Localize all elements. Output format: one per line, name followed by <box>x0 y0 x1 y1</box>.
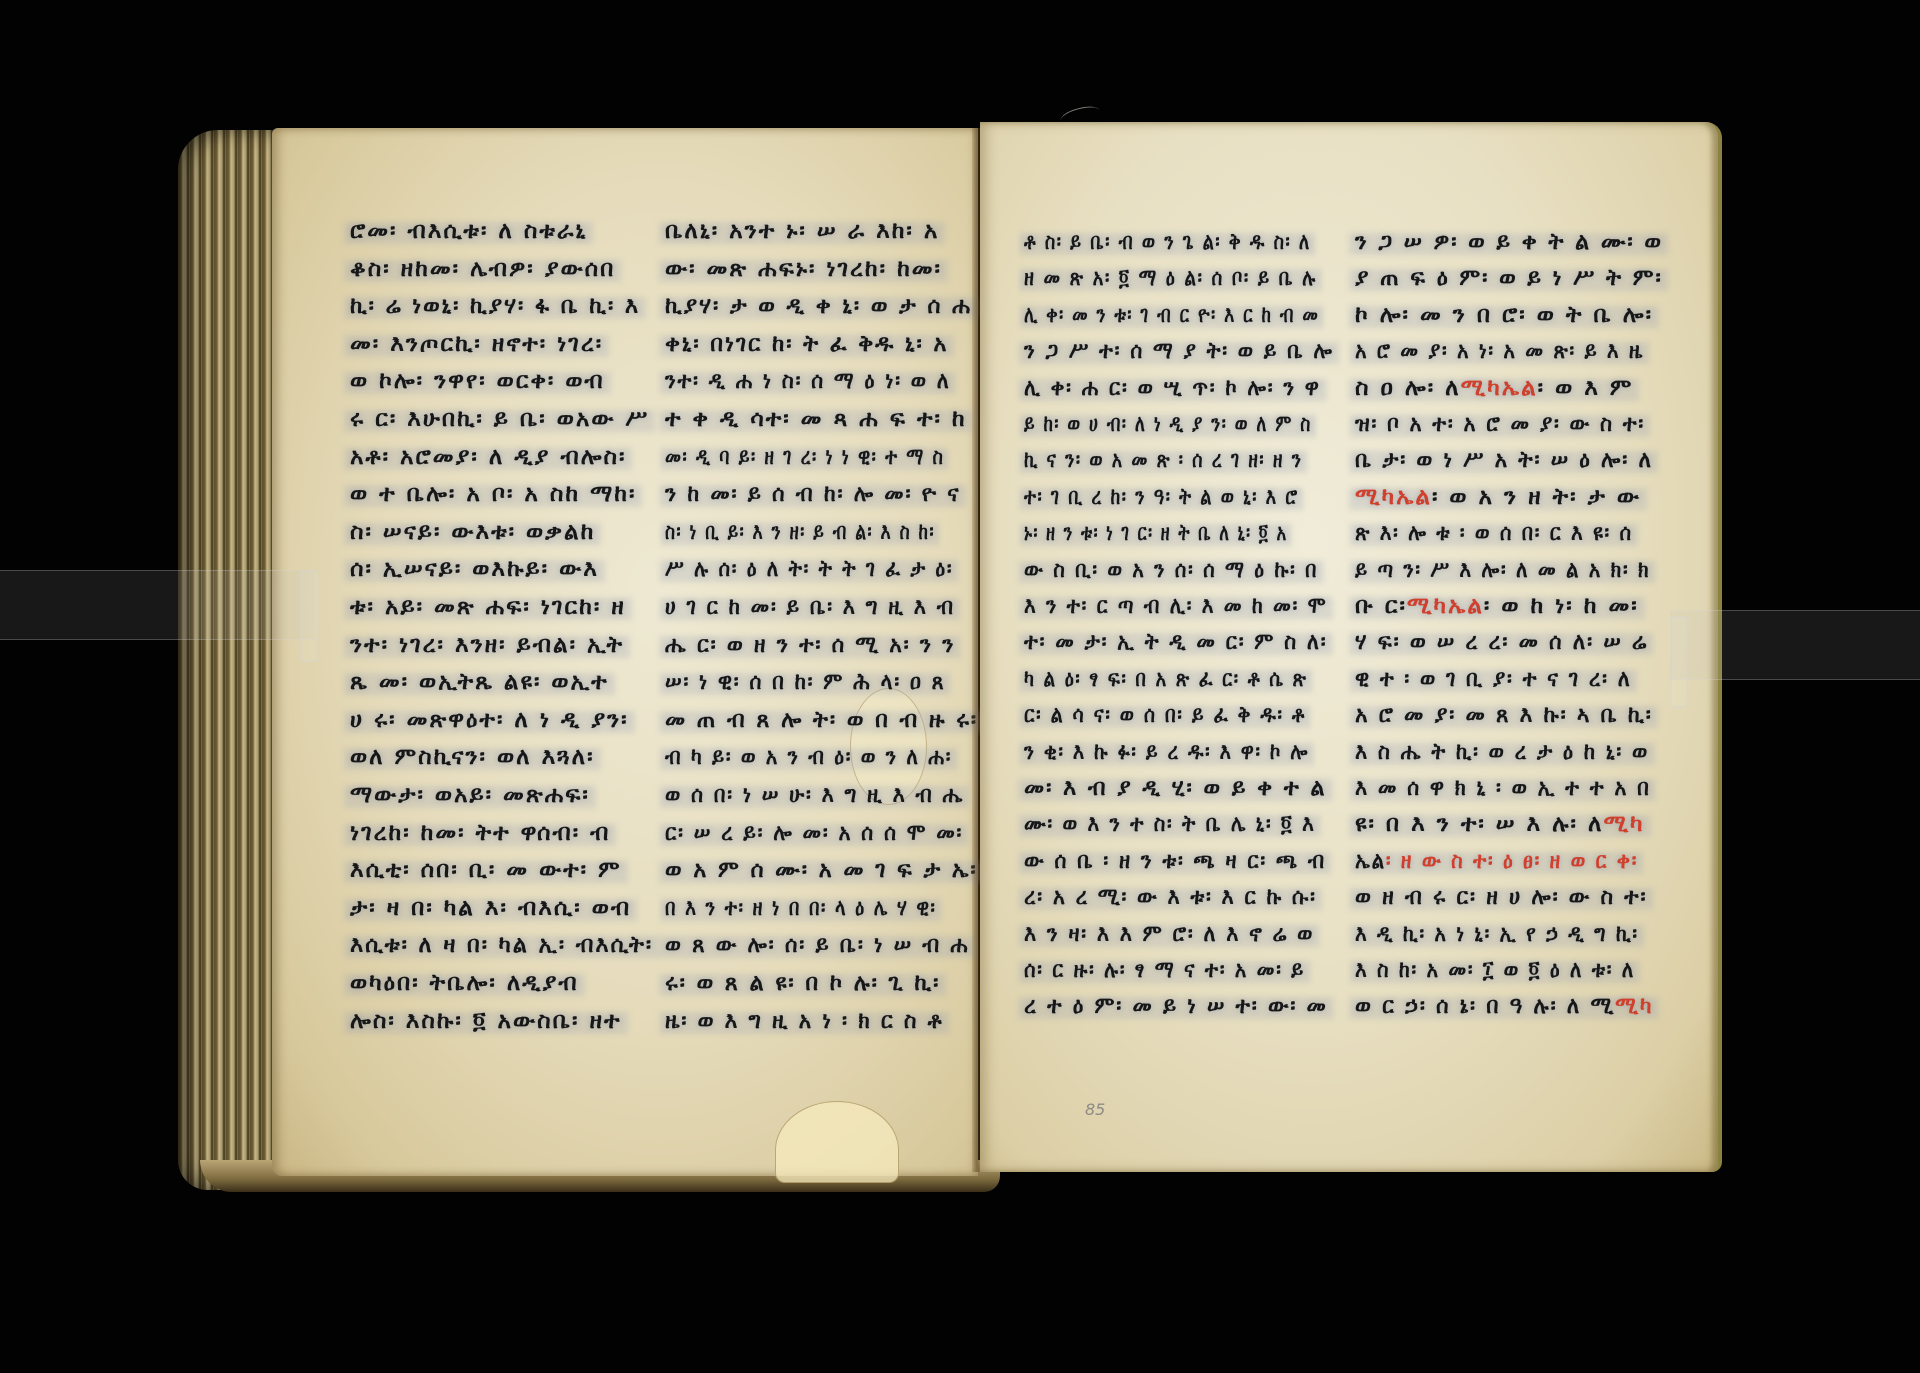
manuscript-line: ው ሰ ቤ ፡ ዘ ን ቱ፡ ጫ ዛ ር፡ ጫ ብ <box>1024 846 1326 876</box>
manuscript-line: ቤለኒ፡ አንተ ኑ፡ ሠ ራ እከ፡ አ <box>665 216 939 246</box>
text-segment: ካ ል ዕ፡ ፃ ፍ፡ በ አ ጽ ፈ ር፡ ቶ ሴ ጽ <box>1024 666 1307 692</box>
text-segment: ር፡ ል ሳ ና፡ ወ ሰ በ፡ ይ ፈ ቅ ዱ፡ ቶ <box>1024 702 1306 728</box>
manuscript-line: አ ሮ መ ያ፡ አ ነ፡ አ መ ጽ፡ ይ እ ዜ <box>1355 336 1644 366</box>
text-segment: በ እ ን ተ፡ ዘ ነ በ በ፡ ላ ዕ ሌ ሃ ዊ፡ <box>665 895 936 921</box>
manuscript-line: ነገረከ፡ ከመ፡ ትተ ዋሰብ፡ ብ <box>350 818 610 848</box>
manuscript-line: ኑ፡ ዘ ን ቱ፡ ነ ገ ር፡ ዘ ት ቤ ለ ኒ፡ ፬ አ <box>1024 518 1288 548</box>
manuscript-line: ር፡ ል ሳ ና፡ ወ ሰ በ፡ ይ ፈ ቅ ዱ፡ ቶ <box>1024 700 1306 730</box>
text-segment: ዊ ተ ፡ ወ ገ ቢ ያ፡ ተ ና ገ ረ፡ ለ <box>1355 666 1632 692</box>
manuscript-line: ንተ፡ ነገረ፡ እንዘ፡ ይብል፡ ኢት <box>350 630 624 660</box>
text-segment: መ፡ ዲ ባ ይ፡ ዘ ገ ረ፡ ነ ነ ዊ፡ ተ ማ ስ <box>665 444 944 470</box>
manuscript-line: ሀ ገ ር ከ መ፡ ይ ቤ፡ እ ግ ዚ እ ብ <box>665 592 955 622</box>
text-segment: ሩ ር፡ እሁበኪ፡ ይ ቤ፡ ወአው ሥ <box>350 406 649 432</box>
manuscript-line: ተ ቀ ዲ ሳተ፡ መ ጻ ሐ ፍ ተ፡ ከ <box>665 404 967 434</box>
text-segment: ተ፡ መ ታ፡ ኢ ት ዲ መ ር፡ ም ስ ለ፡ <box>1024 629 1327 655</box>
text-segment: ሀ ሩ፡ መጽዋዕተ፡ ለ ነ ዲ ያን፡ <box>350 707 629 733</box>
text-segment: ፡ ወ ከ ነ፡ ከ መ፡ <box>1484 593 1639 619</box>
text-segment: ይ ጣ ን፡ ሥ እ ሎ፡ ለ መ ል አ ክ፡ ክ <box>1355 557 1650 583</box>
text-segment: ቤ ታ፡ ወ ነ ሥ አ ት፡ ሠ ዕ ሎ፡ ለ <box>1355 447 1653 473</box>
strap-tab-right <box>1670 616 1688 708</box>
text-segment: ዩ፡ በ እ ን ተ፡ ሠ እ ሉ፡ ለ <box>1355 811 1603 837</box>
manuscript-line: እሲቲ፡ ሰበ፡ ቢ፡ መ ውተ፡ ም <box>350 855 622 885</box>
text-segment: ረ ተ ዕ ም፡ መ ይ ነ ሠ ተ፡ ው፡ መ <box>1024 993 1328 1019</box>
text-segment: ን ከ መ፡ ይ ሰ ብ ከ፡ ሎ መ፡ ዮ ና <box>665 481 961 507</box>
manuscript-line: ዘ መ ጽ አ፡ ፬ ማ ዕ ል፡ ሰ ቦ፡ ይ ቤ ሉ <box>1024 263 1317 293</box>
manuscript-line: ሃ ፍ፡ ወ ሠ ረ ረ፡ መ ሰ ለ፡ ሠ ሬ <box>1355 627 1648 657</box>
manuscript-line: ወ አ ም ሰ ሙ፡ አ መ ገ ፍ ታ ኤ፡ <box>665 855 978 885</box>
text-segment: ወ ሰ በ፡ ነ ሠ ሁ፡ እ ግ ዚ እ ብ ሔ <box>665 782 964 808</box>
text-segment: አ ሮ መ ያ፡ መ ጸ እ ኩ፡ ኣ ቤ ኪ፡ <box>1355 702 1653 728</box>
text-segment: ወ ኮሎ፡ ንዋየ፡ ወርቀ፡ ወብ <box>350 368 605 394</box>
manuscript-line: ረ ተ ዕ ም፡ መ ይ ነ ሠ ተ፡ ው፡ መ <box>1024 991 1328 1021</box>
text-segment: ጽ እ፡ ሎ ቱ ፡ ወ ሰ በ፡ ር እ ዩ፡ ሰ <box>1355 520 1633 546</box>
left-page: ሮመ፡ ብእሲቱ፡ ለ ስቱራኒቆስ፡ ዘከመ፡ ሌብዎ፡ ያውሰበኪ፡ ሬ ነ… <box>272 128 978 1176</box>
manuscript-line: በ እ ን ተ፡ ዘ ነ በ በ፡ ላ ዕ ሌ ሃ ዊ፡ <box>665 893 936 923</box>
text-segment: ኪ፡ ሬ ነወኒ፡ ኪያሃ፡ ፋ ቤ ኪ፡ እ <box>350 293 640 319</box>
manuscript-line: ስ ዐ ሎ፡ ለሚካኤል፡ ወ እ ም <box>1355 373 1633 403</box>
rubric-text: ሚካ <box>1615 993 1653 1019</box>
text-segment: ስ፡ ነ ቢ ይ፡ እ ን ዘ፡ ይ ብ ል፡ እ ስ ከ፡ <box>665 519 935 545</box>
manuscript-line: ይ ጣ ን፡ ሥ እ ሎ፡ ለ መ ል አ ክ፡ ክ <box>1355 555 1650 585</box>
text-segment: ነገረከ፡ ከመ፡ ትተ ዋሰብ፡ ብ <box>350 820 610 846</box>
text-segment: ዝ፡ ቦ አ ተ፡ አ ሮ መ ያ፡ ው ስ ተ፡ <box>1355 411 1645 437</box>
manuscript-line: እ ስ ከ፡ አ መ፡ ፲ ወ ፬ ዕ ለ ቱ፡ ለ <box>1355 955 1635 985</box>
manuscript-line: ቱ፡ አይ፡ መጽ ሐፍ፡ ነገርከ፡ ዘ <box>350 592 626 622</box>
manuscript-line: ሮመ፡ ብእሲቱ፡ ለ ስቱራኒ <box>350 216 587 246</box>
clear-strap-left <box>0 570 315 640</box>
text-segment: ሊ ቀ፡ መ ን ቱ፡ ገ ብ ር ዮ፡ እ ር ከ ብ መ <box>1024 302 1319 328</box>
text-segment: ን ጋ ሥ ተ፡ ሰ ማ ያ ት፡ ወ ይ ቤ ሎ <box>1024 338 1334 364</box>
manuscript-line: ሩ ር፡ እሁበኪ፡ ይ ቤ፡ ወአው ሥ <box>350 404 649 434</box>
text-segment: ንተ፡ ዲ ሐ ነ ስ፡ ሰ ማ ዕ ነ፡ ወ ለ <box>665 368 951 394</box>
manuscript-line: ጼ መ፡ ወኢትጼ ልዩ፡ ወኢተ <box>350 667 609 697</box>
text-segment: እ ስ ሔ ት ኪ፡ ወ ረ ታ ዕ ከ ኒ፡ ወ <box>1355 739 1649 765</box>
text-segment: ታ፡ ዛ በ፡ ካል እ፡ ብእሲ፡ ወብ <box>350 895 631 921</box>
manuscript-line: ተ፡ መ ታ፡ ኢ ት ዲ መ ር፡ ም ስ ለ፡ <box>1024 627 1327 657</box>
manuscript-line: ኪ ና ን፡ ወ አ መ ጽ ፡ ሰ ረ ገ ዘ፡ ዘ ን <box>1024 445 1303 475</box>
manuscript-line: አቶ፡ አሮመያ፡ ለ ዲያ ብሎስ፡ <box>350 442 626 472</box>
manuscript-line: ካ ል ዕ፡ ፃ ፍ፡ በ አ ጽ ፈ ር፡ ቶ ሴ ጽ <box>1024 664 1307 694</box>
manuscript-line: ወ ሰ በ፡ ነ ሠ ሁ፡ እ ግ ዚ እ ብ ሔ <box>665 780 964 810</box>
manuscript-line: ሎስ፡ እስኩ፡ ፬ አውስቤ፡ ዘተ <box>350 1006 622 1036</box>
clear-strap-right <box>1670 610 1920 680</box>
text-segment: ው ስ ቢ፡ ወ አ ን ሰ፡ ሰ ማ ዕ ኩ፡ በ <box>1024 557 1318 583</box>
text-segment: ረ፡ አ ረ ሚ፡ ው እ ቱ፡ እ ር ኩ ሱ፡ <box>1024 884 1317 910</box>
text-segment: ስ ዐ ሎ፡ ለ <box>1355 375 1461 401</box>
manuscript-line: ስ፡ ነ ቢ ይ፡ እ ን ዘ፡ ይ ብ ል፡ እ ስ ከ፡ <box>665 517 935 547</box>
manuscript-line: ር፡ ሠ ረ ይ፡ ሎ መ፡ አ ሰ ሰ ሞ መ፡ <box>665 818 963 848</box>
text-segment: መ ጠ ብ ጸ ሎ ት፡ ወ በ ብ ዙ ሩ፡ <box>665 707 978 733</box>
text-segment: ሰ፡ ር ዙ፡ ሉ፡ ፃ ማ ና ተ፡ አ መ፡ ይ <box>1024 957 1305 983</box>
manuscript-line: ብ ካ ይ፡ ወ አ ን ብ ዕ፡ ወ ን ለ ሐ፡ <box>665 742 952 772</box>
text-segment: እሲቱ፡ ለ ዛ በ፡ ካል ኢ፡ ብእሲት፡ <box>350 932 653 958</box>
manuscript-line: እ ን ተ፡ ር ጣ ብ ሊ፡ እ መ ከ መ፡ ሞ <box>1024 591 1327 621</box>
text-segment: ዜ፡ ወ እ ግ ዚ አ ነ ፡ ክ ር ስ ቶ <box>665 1008 944 1034</box>
text-segment: ወ ጸ ው ሎ፡ ሰ፡ ይ ቤ፡ ነ ሠ ብ ሐ <box>665 932 969 958</box>
manuscript-line: እ ን ዛ፡ እ እ ም ሮ፡ ለ እ ኖ ሬ ወ <box>1024 919 1314 949</box>
manuscript-line: ሚካኤል፡ ወ አ ን ዘ ት፡ ታ ው <box>1355 482 1641 512</box>
text-segment: አ ሮ መ ያ፡ አ ነ፡ አ መ ጽ፡ ይ እ ዜ <box>1355 338 1644 364</box>
manuscript-line: ሥ ሉ ሰ፡ ዕ ለ ት፡ ት ት ገ ፈ ታ ዕ፡ <box>665 554 953 584</box>
text-segment: እ ን ተ፡ ር ጣ ብ ሊ፡ እ መ ከ መ፡ ሞ <box>1024 593 1327 619</box>
manuscript-line: ሰ፡ ኢሠናይ፡ ወእኩይ፡ ውእ <box>350 554 599 584</box>
manuscript-line: ኪያሃ፡ ታ ወ ዲ ቀ ኒ፡ ወ ታ ሰ ሐ <box>665 291 972 321</box>
manuscript-line: ሠ፡ ነ ዊ፡ ሰ በ ከ፡ ም ሕ ላ፡ ዐ ጸ <box>665 667 945 697</box>
text-segment: ወ ተ ቤሎ፡ አ ቦ፡ አ ስከ ማከ፡ <box>350 481 636 507</box>
text-segment: ፡ ወ አ ን ዘ ት፡ ታ ው <box>1432 484 1641 510</box>
manuscript-line: ው፡ መጽ ሐፍኑ፡ ነገረከ፡ ከመ፡ <box>665 254 942 284</box>
manuscript-line: ረ፡ አ ረ ሚ፡ ው እ ቱ፡ እ ር ኩ ሱ፡ <box>1024 882 1317 912</box>
manuscript-line: እሲቱ፡ ለ ዛ በ፡ ካል ኢ፡ ብእሲት፡ <box>350 930 653 960</box>
manuscript-line: ቆስ፡ ዘከመ፡ ሌብዎ፡ ያውሰበ <box>350 254 615 284</box>
manuscript-line: ኤል፡ ዘ ው ስ ተ፡ ዕ ፀ፡ ዘ ወ ር ቀ፡ <box>1355 846 1638 876</box>
text-segment: ይ ከ፡ ወ ሀ ብ፡ ለ ነ ዲ ያ ን፡ ወ ለ ም ስ <box>1024 411 1312 437</box>
text-segment: ቆስ፡ ዘከመ፡ ሌብዎ፡ ያውሰበ <box>350 256 615 282</box>
text-segment: ሥ ሉ ሰ፡ ዕ ለ ት፡ ት ት ገ ፈ ታ ዕ፡ <box>665 556 953 582</box>
text-segment: ቤለኒ፡ አንተ ኑ፡ ሠ ራ እከ፡ አ <box>665 218 939 244</box>
manuscript-line: ይ ከ፡ ወ ሀ ብ፡ ለ ነ ዲ ያ ን፡ ወ ለ ም ስ <box>1024 409 1312 439</box>
manuscript-line: ወ ር ኃ፡ ሰ ኔ፡ በ ዓ ሉ፡ ለ ሚሚካ <box>1355 991 1653 1021</box>
right-page: ቶ ስ፡ ይ ቤ፡ ብ ወ ን ጌ ል፡ ቅ ዱ ስ፡ ለዘ መ ጽ አ፡ ፬ … <box>980 122 1722 1172</box>
manuscript-line: ሊ ቀ፡ መ ን ቱ፡ ገ ብ ር ዮ፡ እ ር ከ ብ መ <box>1024 300 1319 330</box>
manuscript-line: ን ጋ ሠ ዎ፡ ወ ይ ቀ ት ል ሙ፡ ወ <box>1355 227 1663 257</box>
manuscript-line: እ ስ ሔ ት ኪ፡ ወ ረ ታ ዕ ከ ኒ፡ ወ <box>1355 737 1649 767</box>
text-segment: ሮመ፡ ብእሲቱ፡ ለ ስቱራኒ <box>350 218 587 244</box>
text-segment: ወ አ ም ሰ ሙ፡ አ መ ገ ፍ ታ ኤ፡ <box>665 857 978 883</box>
manuscript-line: ተ፡ ገ ቢ ረ ከ፡ ን ዓ፡ ት ል ወ ኒ፡ እ ሮ <box>1024 482 1299 512</box>
text-segment: ሰ፡ ኢሠናይ፡ ወእኩይ፡ ውእ <box>350 556 599 582</box>
text-segment: ወ ዘ ብ ሩ ር፡ ዘ ሀ ሎ፡ ው ስ ተ፡ <box>1355 884 1647 910</box>
manuscript-line: ወ ኮሎ፡ ንዋየ፡ ወርቀ፡ ወብ <box>350 366 605 396</box>
manuscript-line: አ ሮ መ ያ፡ መ ጸ እ ኩ፡ ኣ ቤ ኪ፡ <box>1355 700 1653 730</box>
rubric-text: ሚካኤል <box>1407 593 1484 619</box>
text-segment: ያ ጠ ፍ ዕ ም፡ ወ ይ ነ ሥ ት ም፡ <box>1355 265 1663 291</box>
manuscript-line: ያ ጠ ፍ ዕ ም፡ ወ ይ ነ ሥ ት ም፡ <box>1355 263 1663 293</box>
manuscript-line: ሀ ሩ፡ መጽዋዕተ፡ ለ ነ ዲ ያን፡ <box>350 705 629 735</box>
manuscript-line: መ፡ እ ብ ያ ዲ ሂ፡ ወ ይ ቀ ተ ል <box>1024 773 1326 803</box>
text-segment: ው፡ መጽ ሐፍኑ፡ ነገረከ፡ ከመ፡ <box>665 256 942 282</box>
text-segment: ሀ ገ ር ከ መ፡ ይ ቤ፡ እ ግ ዚ እ ብ <box>665 594 955 620</box>
manuscript-line: ወ ጸ ው ሎ፡ ሰ፡ ይ ቤ፡ ነ ሠ ብ ሐ <box>665 930 969 960</box>
manuscript-line: ማውታ፡ ወአይ፡ መጽሐፍ፡ <box>350 780 590 810</box>
text-segment: ወ ር ኃ፡ ሰ ኔ፡ በ ዓ ሉ፡ ለ ሚ <box>1355 993 1615 1019</box>
text-segment: ጼ መ፡ ወኢትጼ ልዩ፡ ወኢተ <box>350 669 609 695</box>
manuscript-line: ን ከ መ፡ ይ ሰ ብ ከ፡ ሎ መ፡ ዮ ና <box>665 479 961 509</box>
text-segment: እ ዲ ኪ፡ አ ነ ኒ፡ ኢ የ ኃ ዲ ግ ኪ፡ <box>1355 921 1639 947</box>
manuscript-line: መ ጠ ብ ጸ ሎ ት፡ ወ በ ብ ዙ ሩ፡ <box>665 705 978 735</box>
text-segment: ተ፡ ገ ቢ ረ ከ፡ ን ዓ፡ ት ል ወ ኒ፡ እ ሮ <box>1024 484 1299 510</box>
text-segment: ኮ ሎ፡ መ ን በ ሮ፡ ወ ት ቤ ሎ፡ <box>1355 302 1653 328</box>
text-segment: ቡ ር፡ <box>1355 593 1407 619</box>
manuscript-line: ን ጋ ሥ ተ፡ ሰ ማ ያ ት፡ ወ ይ ቤ ሎ <box>1024 336 1334 366</box>
text-segment: ወካዕበ፡ ትቤሎ፡ ለዲያብ <box>350 970 579 996</box>
manuscript-line: እ መ ሰ ዋ ክ ኒ ፡ ወ ኢ ተ ተ አ በ <box>1355 773 1651 803</box>
text-segment: ተ ቀ ዲ ሳተ፡ መ ጻ ሐ ፍ ተ፡ ከ <box>665 406 967 432</box>
manuscript-line: ሙ፡ ወ እ ን ተ ስ፡ ት ቤ ሌ ኒ፡ ፬ እ <box>1024 809 1316 839</box>
text-segment: እ መ ሰ ዋ ክ ኒ ፡ ወ ኢ ተ ተ አ በ <box>1355 775 1651 801</box>
manuscript-line: ሰ፡ ር ዙ፡ ሉ፡ ፃ ማ ና ተ፡ አ መ፡ ይ <box>1024 955 1305 985</box>
text-segment: ኑ፡ ዘ ን ቱ፡ ነ ገ ር፡ ዘ ት ቤ ለ ኒ፡ ፬ አ <box>1024 520 1288 546</box>
manuscript-line: ዝ፡ ቦ አ ተ፡ አ ሮ መ ያ፡ ው ስ ተ፡ <box>1355 409 1645 439</box>
manuscript-line: ሔ ር፡ ወ ዘ ን ተ፡ ሰ ሚ አ፡ ን ን <box>665 630 955 660</box>
text-segment: ሔ ር፡ ወ ዘ ን ተ፡ ሰ ሚ አ፡ ን ን <box>665 632 955 658</box>
manuscript-line: ወለ ምስኪናን፡ ወለ እጓለ፡ <box>350 742 595 772</box>
manuscript-line: ጽ እ፡ ሎ ቱ ፡ ወ ሰ በ፡ ር እ ዩ፡ ሰ <box>1355 518 1633 548</box>
manuscript-line: እ ዲ ኪ፡ አ ነ ኒ፡ ኢ የ ኃ ዲ ግ ኪ፡ <box>1355 919 1639 949</box>
text-segment: ፡ ወ እ ም <box>1538 375 1634 401</box>
text-segment: ው ሰ ቤ ፡ ዘ ን ቱ፡ ጫ ዛ ር፡ ጫ ብ <box>1024 848 1326 874</box>
text-segment: ቶ ስ፡ ይ ቤ፡ ብ ወ ን ጌ ል፡ ቅ ዱ ስ፡ ለ <box>1024 229 1311 255</box>
text-segment: እ ስ ከ፡ አ መ፡ ፲ ወ ፬ ዕ ለ ቱ፡ ለ <box>1355 957 1635 983</box>
text-segment: ሎስ፡ እስኩ፡ ፬ አውስቤ፡ ዘተ <box>350 1008 622 1034</box>
rubric-text: ሚካኤል <box>1461 375 1538 401</box>
text-segment: ር፡ ሠ ረ ይ፡ ሎ መ፡ አ ሰ ሰ ሞ መ፡ <box>665 820 963 846</box>
text-segment: ሙ፡ ወ እ ን ተ ስ፡ ት ቤ ሌ ኒ፡ ፬ እ <box>1024 811 1316 837</box>
text-segment: ወለ ምስኪናን፡ ወለ እጓለ፡ <box>350 744 595 770</box>
text-segment: ቀኒ፡ በነገር ከ፡ ት ፈ ቅዱ ኒ፡ አ <box>665 331 948 357</box>
text-segment: አቶ፡ አሮመያ፡ ለ ዲያ ብሎስ፡ <box>350 444 626 470</box>
manuscript-line: ሩ፡ ወ ጸ ል ዩ፡ በ ኮ ሉ፡ ጊ ኪ፡ <box>665 968 940 998</box>
manuscript-line: ታ፡ ዛ በ፡ ካል እ፡ ብእሲ፡ ወብ <box>350 893 631 923</box>
text-segment: ብ ካ ይ፡ ወ አ ን ብ ዕ፡ ወ ን ለ ሐ፡ <box>665 744 952 770</box>
text-segment: ሩ፡ ወ ጸ ል ዩ፡ በ ኮ ሉ፡ ጊ ኪ፡ <box>665 970 940 996</box>
manuscript-line: ስ፡ ሠናይ፡ ውእቱ፡ ወቃልከ <box>350 517 595 547</box>
manuscript-line: ወካዕበ፡ ትቤሎ፡ ለዲያብ <box>350 968 579 998</box>
text-segment: እሲቲ፡ ሰበ፡ ቢ፡ መ ውተ፡ ም <box>350 857 622 883</box>
text-segment: ስ፡ ሠናይ፡ ውእቱ፡ ወቃልከ <box>350 519 595 545</box>
manuscript-line: ዊ ተ ፡ ወ ገ ቢ ያ፡ ተ ና ገ ረ፡ ለ <box>1355 664 1632 694</box>
manuscript-line: ዜ፡ ወ እ ግ ዚ አ ነ ፡ ክ ር ስ ቶ <box>665 1006 944 1036</box>
manuscript-line: መ፡ ዲ ባ ይ፡ ዘ ገ ረ፡ ነ ነ ዊ፡ ተ ማ ስ <box>665 442 944 472</box>
water-stain-bottom <box>775 1101 899 1183</box>
text-segment: ዘ መ ጽ አ፡ ፬ ማ ዕ ል፡ ሰ ቦ፡ ይ ቤ ሉ <box>1024 265 1317 291</box>
manuscript-line: ቀኒ፡ በነገር ከ፡ ት ፈ ቅዱ ኒ፡ አ <box>665 329 948 359</box>
manuscript-line: ን ቂ፡ እ ኩ ፉ፡ ይ ረ ዱ፡ እ ዋ፡ ኮ ሎ <box>1024 737 1309 767</box>
text-segment: ን ቂ፡ እ ኩ ፉ፡ ይ ረ ዱ፡ እ ዋ፡ ኮ ሎ <box>1024 739 1309 765</box>
text-segment: መ፡ እ ብ ያ ዲ ሂ፡ ወ ይ ቀ ተ ል <box>1024 775 1326 801</box>
text-segment: መ፡ እንጦርኪ፡ ዘኖተ፡ ነገረ፡ <box>350 331 603 357</box>
manuscript-line: ቡ ር፡ሚካኤል፡ ወ ከ ነ፡ ከ መ፡ <box>1355 591 1639 621</box>
text-segment: ማውታ፡ ወአይ፡ መጽሐፍ፡ <box>350 782 590 808</box>
text-segment: ቱ፡ አይ፡ መጽ ሐፍ፡ ነገርከ፡ ዘ <box>350 594 626 620</box>
text-segment: ን ጋ ሠ ዎ፡ ወ ይ ቀ ት ል ሙ፡ ወ <box>1355 229 1663 255</box>
manuscript-line: ንተ፡ ዲ ሐ ነ ስ፡ ሰ ማ ዕ ነ፡ ወ ለ <box>665 366 951 396</box>
rubric-text: ሚካኤል <box>1355 484 1432 510</box>
strap-tab-left <box>300 570 318 662</box>
manuscript-line: ወ ዘ ብ ሩ ር፡ ዘ ሀ ሎ፡ ው ስ ተ፡ <box>1355 882 1647 912</box>
rubric-text: ሚካ <box>1603 811 1644 837</box>
manuscript-line: ቤ ታ፡ ወ ነ ሥ አ ት፡ ሠ ዕ ሎ፡ ለ <box>1355 445 1653 475</box>
text-segment: ሠ፡ ነ ዊ፡ ሰ በ ከ፡ ም ሕ ላ፡ ዐ ጸ <box>665 669 945 695</box>
manuscript-line: ሊ ቀ፡ ሐ ር፡ ወ ሢ ጥ፡ ኮ ሎ፡ ን ዋ <box>1024 373 1321 403</box>
manuscript-line: ው ስ ቢ፡ ወ አ ን ሰ፡ ሰ ማ ዕ ኩ፡ በ <box>1024 555 1318 585</box>
manuscript-line: ኪ፡ ሬ ነወኒ፡ ኪያሃ፡ ፋ ቤ ኪ፡ እ <box>350 291 640 321</box>
text-segment: ንተ፡ ነገረ፡ እንዘ፡ ይብል፡ ኢት <box>350 632 624 658</box>
text-segment: ኪያሃ፡ ታ ወ ዲ ቀ ኒ፡ ወ ታ ሰ ሐ <box>665 293 972 319</box>
manuscript-line: ኮ ሎ፡ መ ን በ ሮ፡ ወ ት ቤ ሎ፡ <box>1355 300 1653 330</box>
folio-number: 85 <box>1085 1100 1105 1119</box>
manuscript-line: ቶ ስ፡ ይ ቤ፡ ብ ወ ን ጌ ል፡ ቅ ዱ ስ፡ ለ <box>1024 227 1311 257</box>
manuscript-line: ዩ፡ በ እ ን ተ፡ ሠ እ ሉ፡ ለሚካ <box>1355 809 1645 839</box>
manuscript-line: መ፡ እንጦርኪ፡ ዘኖተ፡ ነገረ፡ <box>350 329 603 359</box>
text-segment: ሃ ፍ፡ ወ ሠ ረ ረ፡ መ ሰ ለ፡ ሠ ሬ <box>1355 629 1648 655</box>
manuscript-photo: ሮመ፡ ብእሲቱ፡ ለ ስቱራኒቆስ፡ ዘከመ፡ ሌብዎ፡ ያውሰበኪ፡ ሬ ነ… <box>0 0 1920 1373</box>
text-segment: ሊ ቀ፡ ሐ ር፡ ወ ሢ ጥ፡ ኮ ሎ፡ ን ዋ <box>1024 375 1321 401</box>
rubric-text: ፡ ዘ ው ስ ተ፡ ዕ ፀ፡ ዘ ወ ር ቀ፡ <box>1386 848 1638 874</box>
text-segment: ኪ ና ን፡ ወ አ መ ጽ ፡ ሰ ረ ገ ዘ፡ ዘ ን <box>1024 447 1303 473</box>
manuscript-line: ወ ተ ቤሎ፡ አ ቦ፡ አ ስከ ማከ፡ <box>350 479 636 509</box>
text-segment: እ ን ዛ፡ እ እ ም ሮ፡ ለ እ ኖ ሬ ወ <box>1024 921 1314 947</box>
text-segment: ኤል <box>1355 848 1386 874</box>
